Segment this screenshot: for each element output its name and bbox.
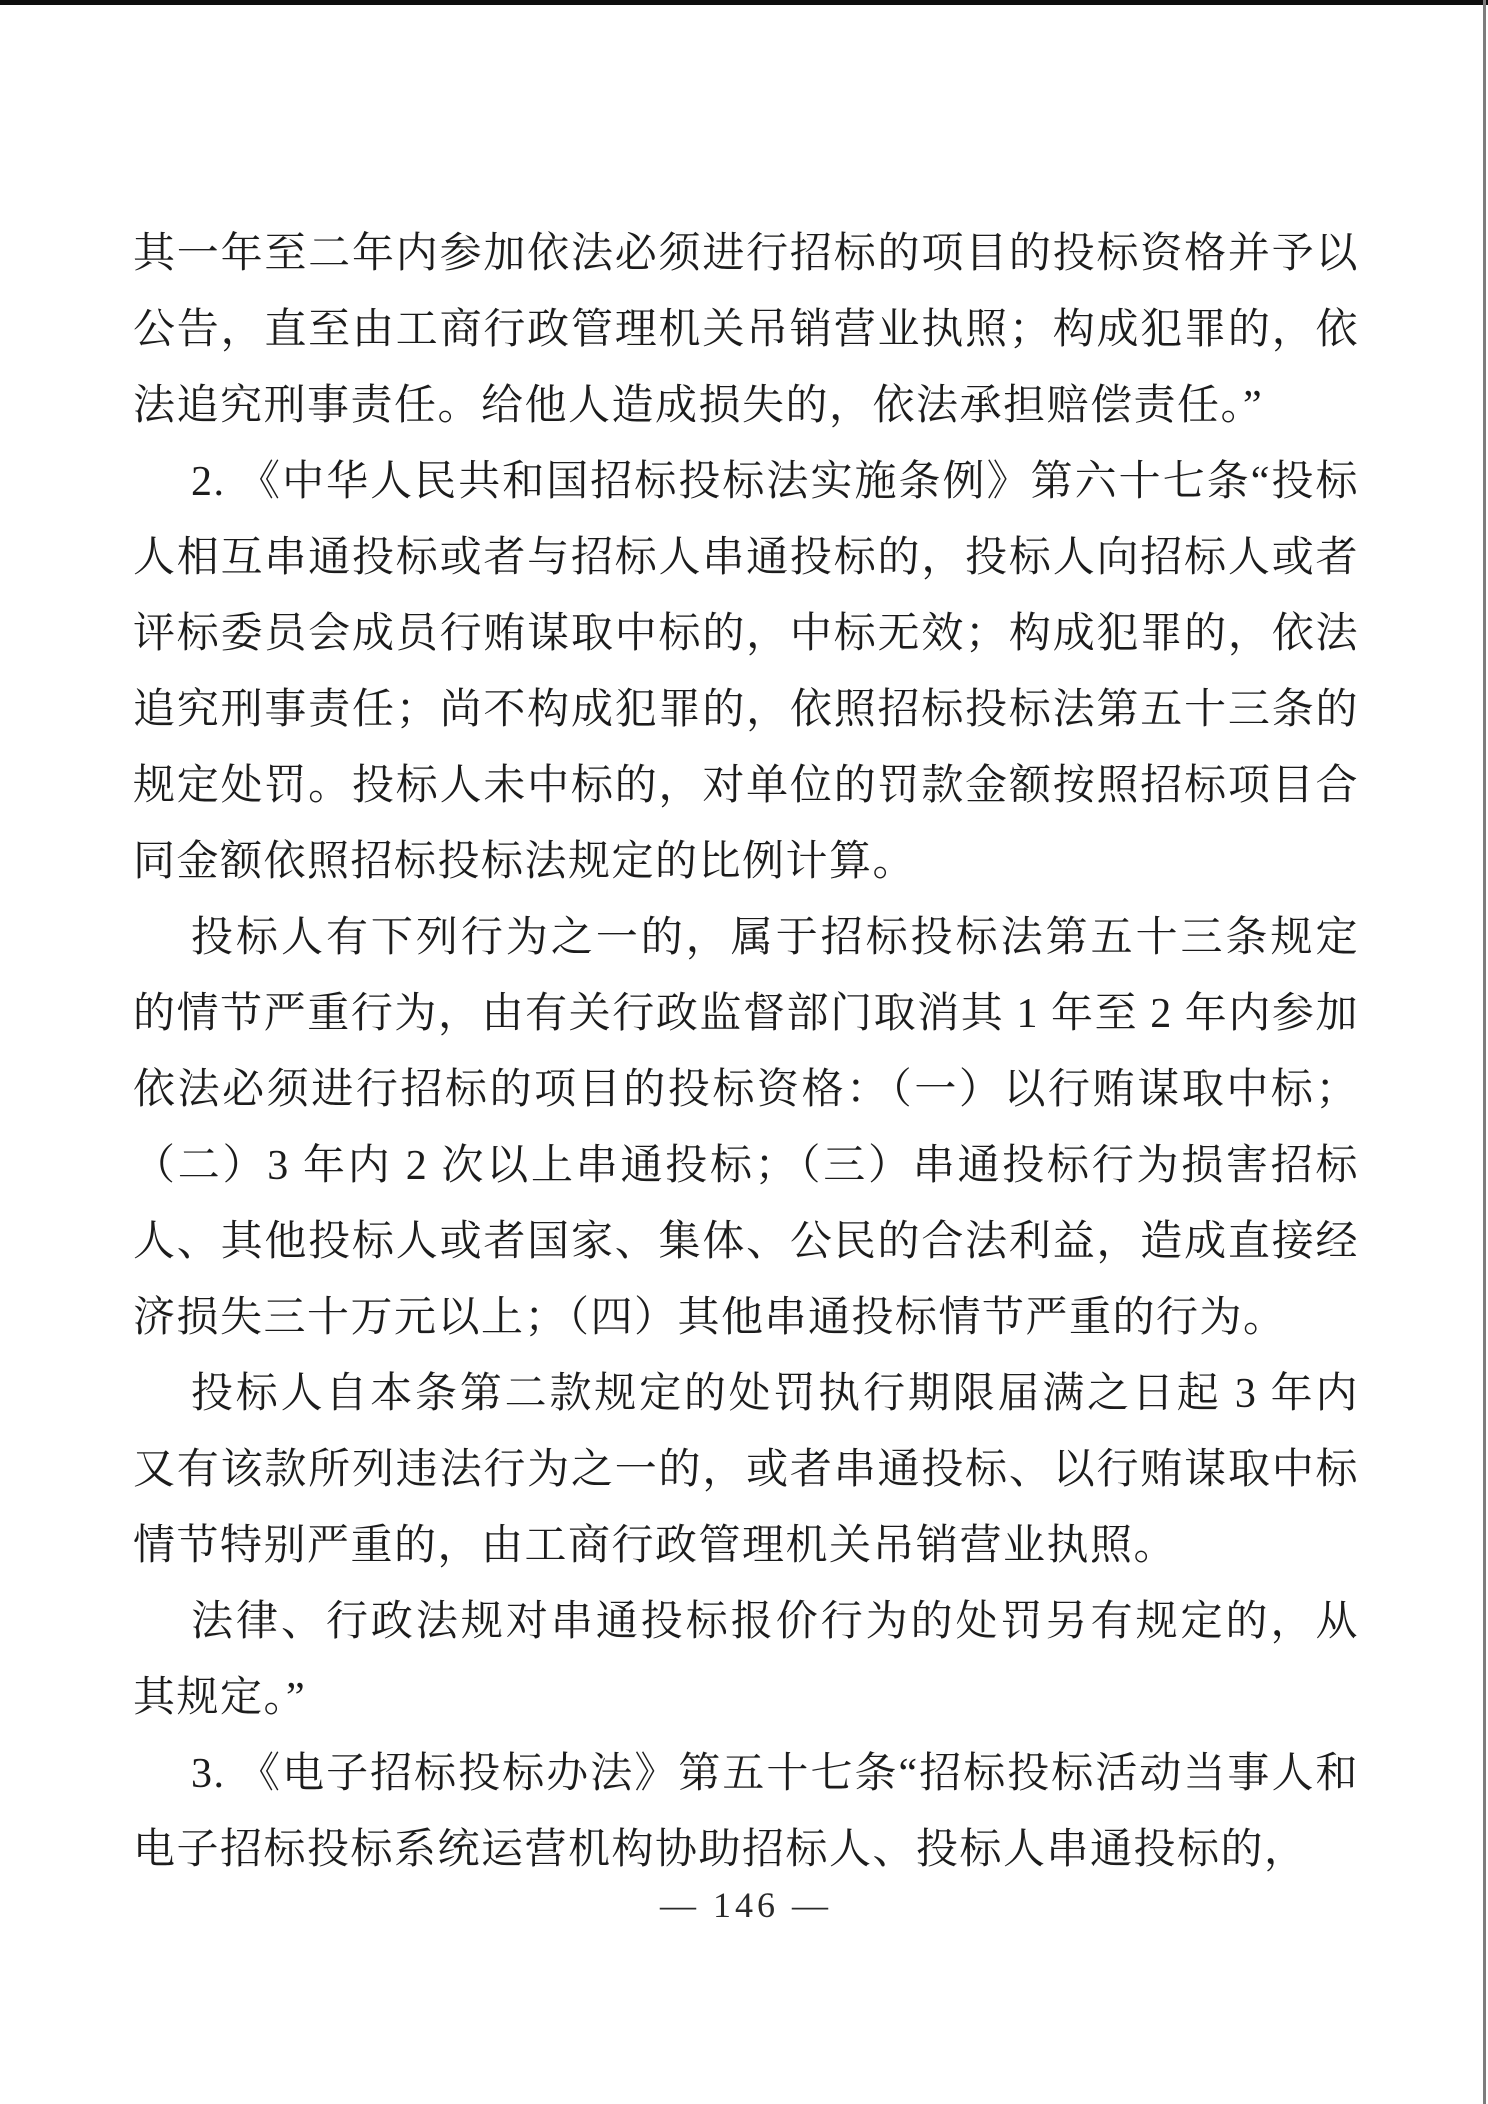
scan-edge-top (0, 0, 1488, 5)
paragraph: 投标人有下列行为之一的，属于招标投标法第五十三条规定的情节严重行为，由有关行政监… (133, 900, 1359, 1356)
page-number: — 146 — (133, 1884, 1359, 1926)
paragraph: 3. 《电子招标投标办法》第五十七条“招标投标活动当事人和电子招标投标系统运营机… (133, 1736, 1359, 1888)
paragraph: 其一年至二年内参加依法必须进行招标的项目的投标资格并予以公告，直至由工商行政管理… (133, 216, 1359, 444)
scan-edge-right (1483, 0, 1486, 2104)
document-body: 其一年至二年内参加依法必须进行招标的项目的投标资格并予以公告，直至由工商行政管理… (133, 216, 1359, 1888)
paragraph: 2. 《中华人民共和国招标投标法实施条例》第六十七条“投标人相互串通投标或者与招… (133, 444, 1359, 900)
paragraph: 投标人自本条第二款规定的处罚执行期限届满之日起 3 年内又有该款所列违法行为之一… (133, 1356, 1359, 1584)
document-page: { "colors": { "paper": "#ffffff", "ink":… (0, 0, 1488, 2104)
paragraph: 法律、行政法规对串通投标报价行为的处罚另有规定的，从其规定。” (133, 1584, 1359, 1736)
